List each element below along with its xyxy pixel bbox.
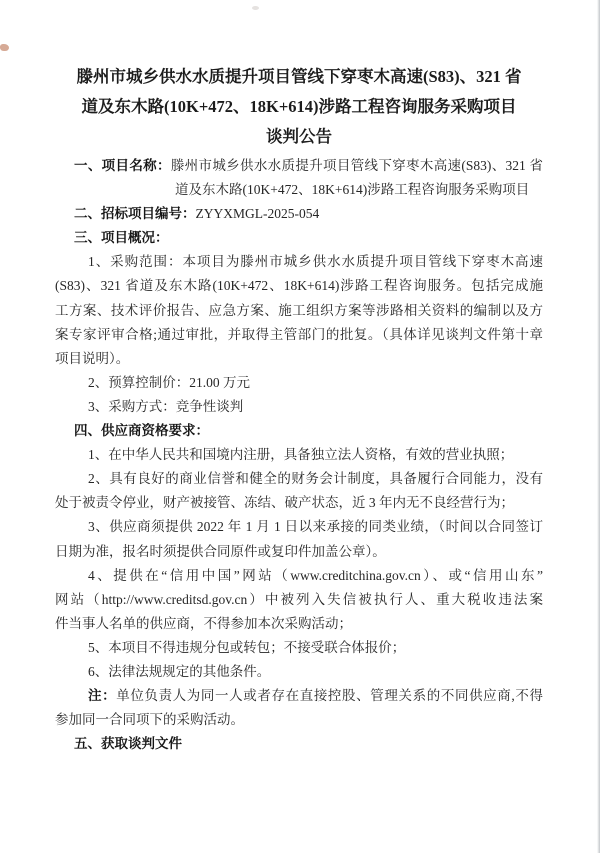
doc-line-label: 二、招标项目编号： [74, 206, 196, 221]
doc-line: 网站（http://www.creditsd.gov.cn）中被列入失信被执行人… [55, 588, 543, 612]
doc-line: 五、获取谈判文件 [55, 732, 543, 756]
doc-line: 二、招标项目编号：ZYYXMGL-2025-054 [55, 202, 543, 226]
doc-line-text: 1、在中华人民共和国境内注册，具备独立法人资格，有效的营业执照； [88, 447, 513, 462]
doc-line-text: 件当事人名单的供应商，不得参加本次采购活动； [55, 616, 352, 631]
doc-line: 件当事人名单的供应商，不得参加本次采购活动； [55, 612, 543, 636]
doc-line: 5、本项目不得违规分包或转包；不接受联合体报价； [55, 636, 543, 660]
doc-line-text: 2、具有良好的商业信誉和健全的财务会计制度，具备履行合同能力，没有 [88, 471, 543, 486]
doc-line: 参加同一合同项下的采购活动。 [55, 708, 543, 732]
doc-line: 2、预算控制价：21.00 万元 [55, 371, 543, 395]
doc-line-text: ZYYXMGL-2025-054 [196, 206, 320, 221]
document-body: 一、项目名称：滕州市城乡供水水质提升项目管线下穿枣木高速(S83)、321 省道… [55, 154, 543, 756]
doc-line: (S83)、321 省道及东木路(10K+472、18K+614)涉路工程咨询服… [55, 274, 543, 298]
doc-line: 1、在中华人民共和国境内注册，具备独立法人资格，有效的营业执照； [55, 443, 543, 467]
doc-line: 工方案、技术评价报告、应急方案、施工组织方案等涉路相关资料的编制以及方 [55, 299, 543, 323]
doc-line: 案专家评审合格;通过审批，并取得主管部门的批复。（具体详见谈判文件第十章 [55, 323, 543, 347]
doc-line: 6、法律法规规定的其他条件。 [55, 660, 543, 684]
scan-smudge [252, 6, 259, 10]
title-line: 道及东木路(10K+472、18K+614)涉路工程咨询服务采购项目 [55, 92, 543, 122]
doc-line: 3、供应商须提供 2022 年 1 月 1 日以来承接的同类业绩，（时间以合同签… [55, 515, 543, 539]
doc-line-text: 网站（http://www.creditsd.gov.cn）中被列入失信被执行人… [55, 592, 543, 607]
doc-line-text: 道及东木路(10K+472、18K+614)涉路工程咨询服务采购项目 [175, 182, 529, 197]
doc-line-label: 五、获取谈判文件 [74, 736, 182, 751]
doc-line-text: 3、采购方式：竞争性谈判 [88, 399, 243, 414]
doc-line-text: 单位负责人为同一人或者存在直接控股、管理关系的不同供应商,不得 [116, 688, 543, 703]
doc-line-text: 参加同一合同项下的采购活动。 [55, 712, 244, 727]
doc-line-text: 处于被责令停业，财产被接管、冻结、破产状态，近 3 年内无不良经营行为； [55, 495, 514, 510]
doc-line-text: (S83)、321 省道及东木路(10K+472、18K+614)涉路工程咨询服… [55, 278, 543, 293]
scan-speck [0, 44, 9, 51]
doc-line: 处于被责令停业，财产被接管、冻结、破产状态，近 3 年内无不良经营行为； [55, 491, 543, 515]
doc-line: 2、具有良好的商业信誉和健全的财务会计制度，具备履行合同能力，没有 [55, 467, 543, 491]
doc-line-text: 案专家评审合格;通过审批，并取得主管部门的批复。（具体详见谈判文件第十章 [55, 327, 543, 342]
doc-line: 三、项目概况： [55, 226, 543, 250]
doc-line: 一、项目名称：滕州市城乡供水水质提升项目管线下穿枣木高速(S83)、321 省 [55, 154, 543, 178]
doc-line-text: 日期为准，报名时须提供合同原件或复印件加盖公章）。 [55, 544, 386, 559]
doc-line-text: 3、供应商须提供 2022 年 1 月 1 日以来承接的同类业绩，（时间以合同签… [88, 519, 543, 534]
doc-line-text: 4、提供在“信用中国”网站（www.creditchina.gov.cn）、或“… [88, 568, 543, 583]
doc-line-text: 2、预算控制价：21.00 万元 [88, 375, 250, 390]
doc-line-text: 1、采购范围：本项目为滕州市城乡供水水质提升项目管线下穿枣木高速 [88, 254, 543, 269]
document-content: 滕州市城乡供水水质提升项目管线下穿枣木高速(S83)、321 省道及东木路(10… [55, 62, 543, 756]
doc-line-label: 三、项目概况： [74, 230, 169, 245]
doc-line: 3、采购方式：竞争性谈判 [55, 395, 543, 419]
document-page: 滕州市城乡供水水质提升项目管线下穿枣木高速(S83)、321 省道及东木路(10… [0, 0, 600, 853]
doc-line: 注：单位负责人为同一人或者存在直接控股、管理关系的不同供应商,不得 [55, 684, 543, 708]
doc-line-label: 四、供应商资格要求： [74, 423, 209, 438]
doc-line-text: 6、法律法规规定的其他条件。 [88, 664, 270, 679]
title-line: 谈判公告 [55, 122, 543, 152]
doc-line-label: 一、项目名称： [74, 158, 171, 173]
doc-line: 1、采购范围：本项目为滕州市城乡供水水质提升项目管线下穿枣木高速 [55, 250, 543, 274]
title-line: 滕州市城乡供水水质提升项目管线下穿枣木高速(S83)、321 省 [55, 62, 543, 92]
doc-line: 四、供应商资格要求： [55, 419, 543, 443]
doc-line: 项目说明）。 [55, 347, 543, 371]
document-title: 滕州市城乡供水水质提升项目管线下穿枣木高速(S83)、321 省道及东木路(10… [55, 62, 543, 152]
doc-line: 道及东木路(10K+472、18K+614)涉路工程咨询服务采购项目 [55, 178, 543, 202]
doc-line: 4、提供在“信用中国”网站（www.creditchina.gov.cn）、或“… [55, 564, 543, 588]
doc-line-text: 5、本项目不得违规分包或转包；不接受联合体报价； [88, 640, 405, 655]
doc-line-text: 项目说明）。 [55, 351, 129, 366]
doc-line: 日期为准，报名时须提供合同原件或复印件加盖公章）。 [55, 540, 543, 564]
doc-line-label: 注： [88, 688, 116, 703]
doc-line-text: 工方案、技术评价报告、应急方案、施工组织方案等涉路相关资料的编制以及方 [55, 303, 543, 318]
doc-line-text: 滕州市城乡供水水质提升项目管线下穿枣木高速(S83)、321 省 [171, 158, 543, 173]
